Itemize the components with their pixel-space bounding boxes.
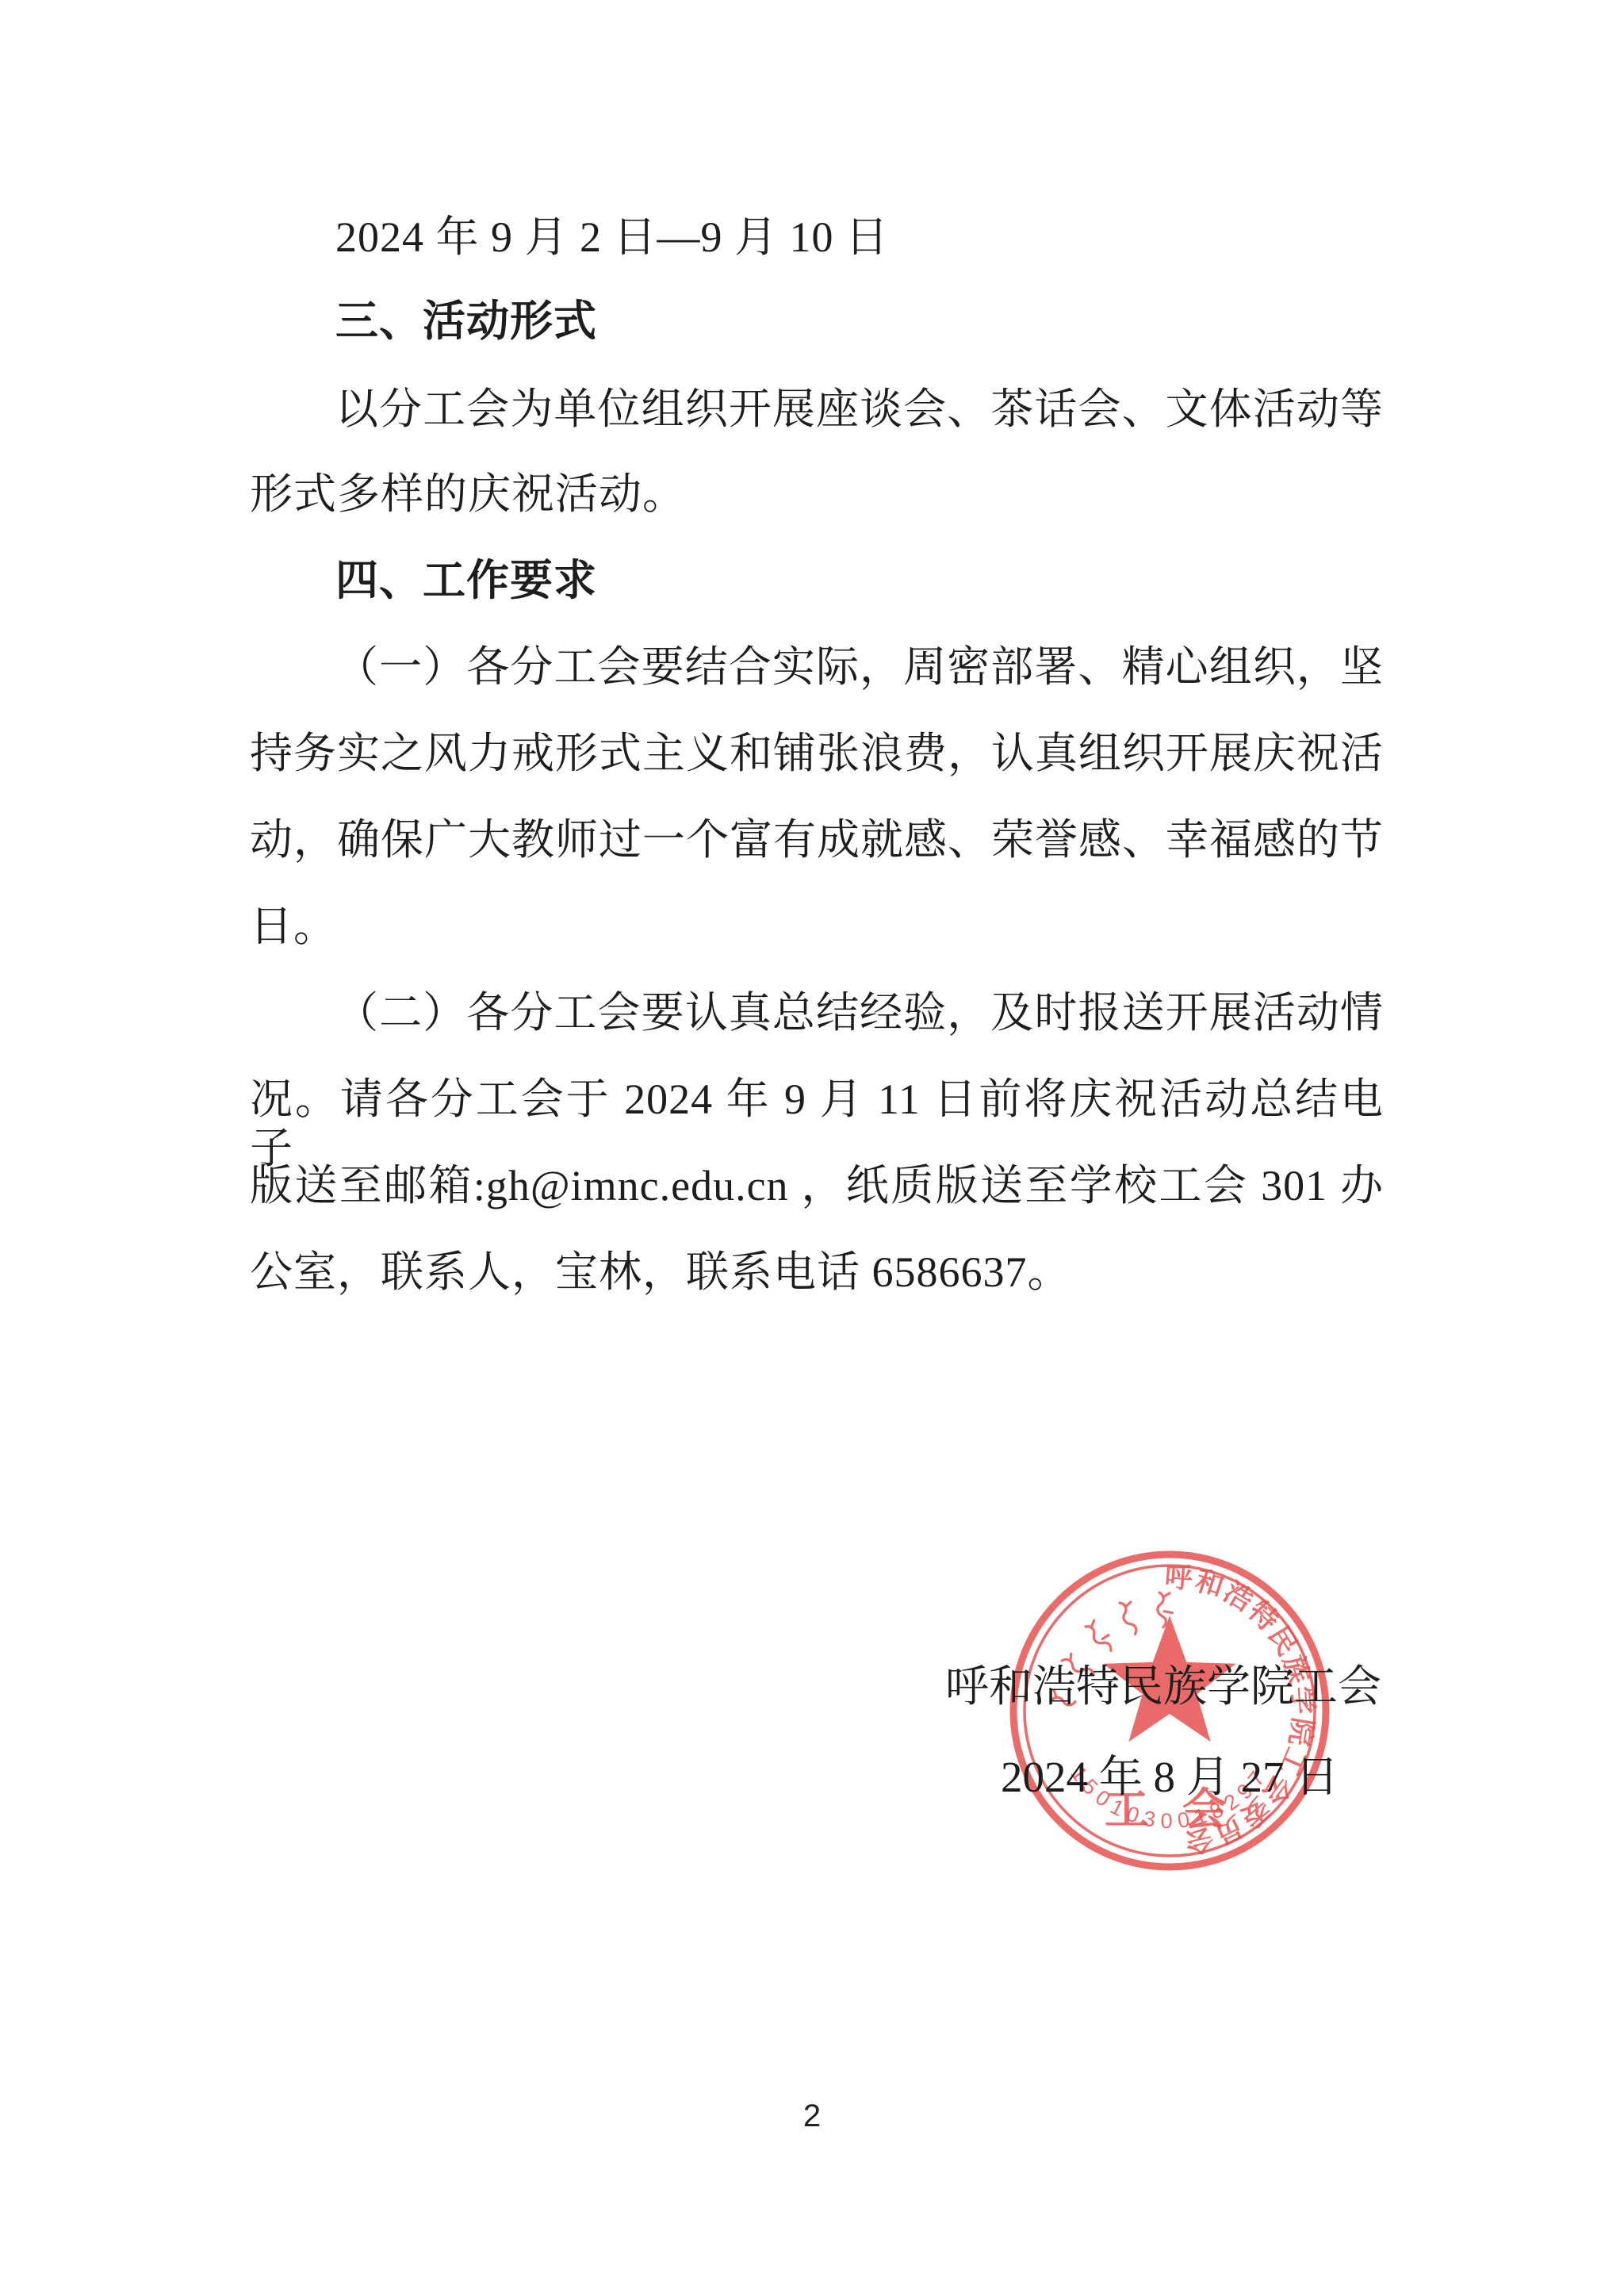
page-number: 2 — [0, 2099, 1624, 2134]
section-heading-3: 三、活动形式 — [335, 297, 597, 346]
body-line-email: 版送至邮箱:gh@imnc.edu.cn ，纸质版送至学校工会 301 办 — [250, 1161, 1384, 1210]
section-heading-4: 四、工作要求 — [335, 556, 597, 605]
body-line-date-range: 2024 年 9 月 2 日—9 月 10 日 — [335, 213, 889, 262]
signature-date: 2024 年 8 月 27 日 — [1001, 1753, 1339, 1802]
document-page: 2024 年 9 月 2 日—9 月 10 日 三、活动形式 以分工会为单位组织… — [0, 0, 1624, 2296]
body-line: 动，确保广大教师过一个富有成就感、荣誉感、幸福感的节 — [250, 815, 1384, 864]
body-line: 以分工会为单位组织开展座谈会、茶话会、文体活动等 — [335, 385, 1384, 434]
body-line: （二）各分工会要认真总结经验，及时报送开展活动情 — [335, 988, 1384, 1037]
body-line: （一）各分工会要结合实际，周密部署、精心组织，坚 — [335, 642, 1384, 692]
body-line: 日。 — [250, 902, 337, 951]
body-line: 持务实之风力戒形式主义和铺张浪费，认真组织开展庆祝活 — [250, 729, 1384, 778]
signature-organization: 呼和浩特民族学院工会 — [945, 1662, 1381, 1711]
body-line: 况。请各分工会于 2024 年 9 月 11 日前将庆祝活动总结电子 — [250, 1075, 1384, 1173]
body-line-contact: 公室，联系人，宝林，联系电话 6586637。 — [250, 1248, 1071, 1297]
body-line: 形式多样的庆祝活动。 — [250, 470, 686, 519]
